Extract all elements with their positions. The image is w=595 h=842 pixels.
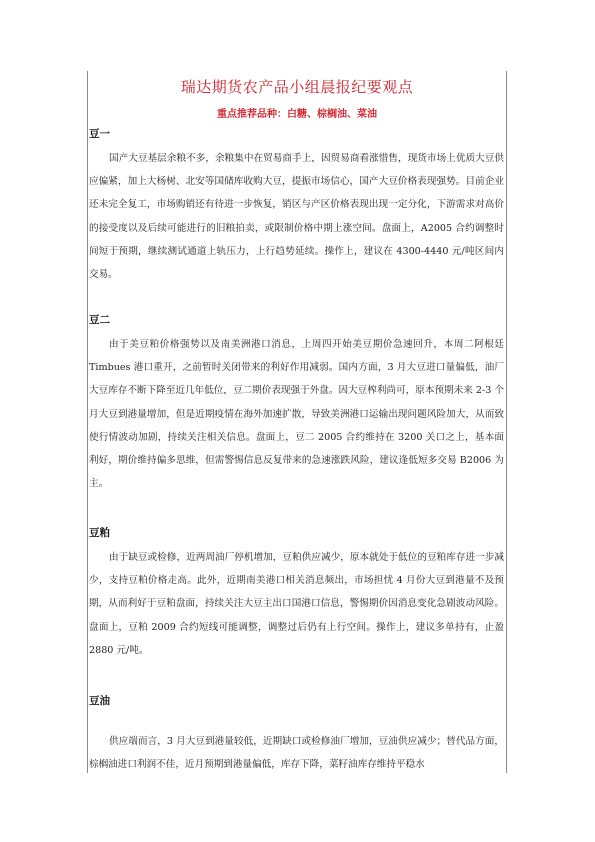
section-heading: 豆一 — [88, 127, 506, 141]
section-soybean-oil: 豆油 供应端而言，3 月大豆到港量较低，近期缺口或检修油厂增加，豆油供应减少；替… — [88, 694, 506, 773]
section-body: 国产大豆基层余粮不多，余粮集中在贸易商手上，因贸易商看涨惜售，现货市场上优质大豆… — [88, 147, 506, 286]
section-soybean-no2: 豆二 由于美豆粕价格强势以及南美洲港口消息，上周四开始美豆期价急速回升，本周二阿… — [88, 313, 506, 495]
section-heading: 豆二 — [88, 313, 506, 327]
document-page: 瑞达期货农产品小组晨报纪要观点 重点推荐品种：白糖、棕榈油、菜油 豆一 国产大豆… — [87, 71, 507, 773]
section-body: 供应端而言，3 月大豆到港量较低，近期缺口或检修油厂增加，豆油供应减少；替代品方… — [88, 730, 506, 773]
section-body: 由于缺豆或检修，近两周油厂停机增加，豆粕供应减少，原本就处于低位的豆粕库存进一步… — [88, 546, 506, 662]
section-heading: 豆油 — [88, 694, 506, 708]
section-heading: 豆粕 — [88, 526, 506, 540]
section-soybean-no1: 豆一 国产大豆基层余粮不多，余粮集中在贸易商手上，因贸易商看涨惜售，现货市场上优… — [88, 127, 506, 286]
section-soybean-meal: 豆粕 由于缺豆或检修，近两周油厂停机增加，豆粕供应减少，原本就处于低位的豆粕库存… — [88, 526, 506, 662]
document-title: 瑞达期货农产品小组晨报纪要观点 — [88, 77, 506, 97]
recommended-products-subtitle: 重点推荐品种：白糖、棕榈油、菜油 — [88, 108, 506, 122]
section-body: 由于美豆粕价格强势以及南美洲港口消息，上周四开始美豆期价急速回升，本周二阿根廷 … — [88, 333, 506, 495]
